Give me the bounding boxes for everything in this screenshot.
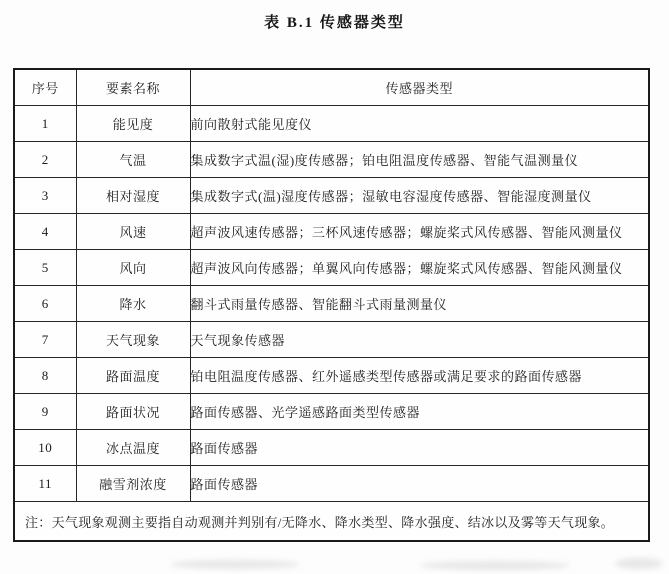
cell-sensor-types: 集成数字式温(湿)度传感器；铂电阻温度传感器、智能气温测量仪 (190, 142, 649, 178)
cell-row-number: 5 (14, 250, 76, 286)
cell-element-name: 相对湿度 (76, 178, 190, 214)
cell-element-name: 风向 (76, 250, 190, 286)
table-row: 5 风向 超声波风向传感器；单翼风向传感器；螺旋桨式风传感器、智能风测量仪 (14, 250, 649, 286)
table-row: 10 冰点温度 路面传感器 (14, 430, 649, 466)
table-row: 4 风速 超声波风速传感器；三杯风速传感器；螺旋桨式风传感器、智能风测量仪 (14, 214, 649, 250)
header-cell-sensors: 传感器类型 (190, 69, 649, 106)
page-title: 表 B.1 传感器类型 (0, 11, 669, 32)
note-row: 注：天气现象观测主要指自动观测并判别有/无降水、降水类型、降水强度、结冰以及雾等… (14, 502, 649, 542)
cell-row-number: 1 (14, 106, 76, 142)
table-row: 11 融雪剂浓度 路面传感器 (14, 466, 649, 502)
header-cell-no: 序号 (14, 69, 76, 106)
cell-element-name: 风速 (76, 214, 190, 250)
sensor-type-table: 序号 要素名称 传感器类型 1 能见度 前向散射式能见度仪 2 气温 集成数字式… (13, 68, 650, 542)
cell-sensor-types: 翻斗式雨量传感器、智能翻斗式雨量测量仪 (190, 286, 649, 322)
cell-row-number: 4 (14, 214, 76, 250)
table-row: 8 路面温度 铂电阻温度传感器、红外遥感类型传感器或满足要求的路面传感器 (14, 358, 649, 394)
table-row: 3 相对湿度 集成数字式(温)湿度传感器；湿敏电容湿度传感器、智能湿度测量仪 (14, 178, 649, 214)
cell-sensor-types: 超声波风向传感器；单翼风向传感器；螺旋桨式风传感器、智能风测量仪 (190, 250, 649, 286)
table-note: 注：天气现象观测主要指自动观测并判别有/无降水、降水类型、降水强度、结冰以及雾等… (14, 502, 649, 542)
table-row: 1 能见度 前向散射式能见度仪 (14, 106, 649, 142)
table-row: 6 降水 翻斗式雨量传感器、智能翻斗式雨量测量仪 (14, 286, 649, 322)
cell-row-number: 10 (14, 430, 76, 466)
cell-element-name: 天气现象 (76, 322, 190, 358)
header-row: 序号 要素名称 传感器类型 (14, 69, 649, 106)
cell-row-number: 2 (14, 142, 76, 178)
cell-row-number: 9 (14, 394, 76, 430)
cell-sensor-types: 路面传感器 (190, 430, 649, 466)
cell-element-name: 气温 (76, 142, 190, 178)
cell-sensor-types: 超声波风速传感器；三杯风速传感器；螺旋桨式风传感器、智能风测量仪 (190, 214, 649, 250)
cell-sensor-types: 天气现象传感器 (190, 322, 649, 358)
cell-element-name: 降水 (76, 286, 190, 322)
header-cell-element: 要素名称 (76, 69, 190, 106)
table-body: 1 能见度 前向散射式能见度仪 2 气温 集成数字式温(湿)度传感器；铂电阻温度… (14, 106, 649, 502)
cell-sensor-types: 前向散射式能见度仪 (190, 106, 649, 142)
cell-element-name: 路面状况 (76, 394, 190, 430)
table-footer: 注：天气现象观测主要指自动观测并判别有/无降水、降水类型、降水强度、结冰以及雾等… (14, 502, 649, 542)
cell-element-name: 能见度 (76, 106, 190, 142)
scan-smudge (420, 561, 570, 570)
cell-sensor-types: 路面传感器、光学遥感路面类型传感器 (190, 394, 649, 430)
cell-row-number: 8 (14, 358, 76, 394)
cell-row-number: 6 (14, 286, 76, 322)
cell-sensor-types: 路面传感器 (190, 466, 649, 502)
scan-smudge (170, 560, 300, 569)
table-row: 7 天气现象 天气现象传感器 (14, 322, 649, 358)
table-header: 序号 要素名称 传感器类型 (14, 69, 649, 106)
cell-sensor-types: 集成数字式(温)湿度传感器；湿敏电容湿度传感器、智能湿度测量仪 (190, 178, 649, 214)
table-row: 9 路面状况 路面传感器、光学遥感路面类型传感器 (14, 394, 649, 430)
cell-sensor-types: 铂电阻温度传感器、红外遥感类型传感器或满足要求的路面传感器 (190, 358, 649, 394)
scan-smudge (615, 558, 663, 569)
cell-row-number: 11 (14, 466, 76, 502)
cell-element-name: 路面温度 (76, 358, 190, 394)
cell-element-name: 冰点温度 (76, 430, 190, 466)
cell-element-name: 融雪剂浓度 (76, 466, 190, 502)
cell-row-number: 3 (14, 178, 76, 214)
cell-row-number: 7 (14, 322, 76, 358)
table-row: 2 气温 集成数字式温(湿)度传感器；铂电阻温度传感器、智能气温测量仪 (14, 142, 649, 178)
